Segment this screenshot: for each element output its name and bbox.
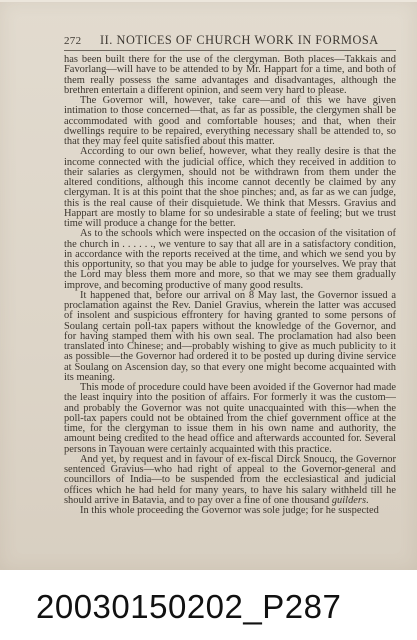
body-text: has been built there for the use of the … [64, 55, 396, 516]
page-edge [0, 0, 417, 2]
paragraph: In this whole proceeding the Governor wa… [64, 506, 396, 516]
paragraph: According to our own belief, however, wh… [64, 147, 396, 229]
page-number: 272 [64, 35, 81, 47]
paragraph: And yet, by request and in favour of ex-… [64, 455, 396, 506]
running-header: 272 II. NOTICES OF CHURCH WORK IN FORMOS… [64, 32, 396, 51]
image-id-label: 20030150202_P287 [36, 588, 381, 626]
paragraph: The Governor will, however, take care—an… [64, 96, 396, 147]
paragraph: This mode of procedure could have been a… [64, 383, 396, 455]
scanned-book-page: 272 II. NOTICES OF CHURCH WORK IN FORMOS… [0, 0, 417, 570]
running-title: II. NOTICES OF CHURCH WORK IN FORMOSA [100, 33, 379, 48]
paragraph: has been built there for the use of the … [64, 55, 396, 96]
paragraph: As to the schools which were inspected o… [64, 229, 396, 291]
paragraph: It happened that, before our arrival on … [64, 291, 396, 383]
